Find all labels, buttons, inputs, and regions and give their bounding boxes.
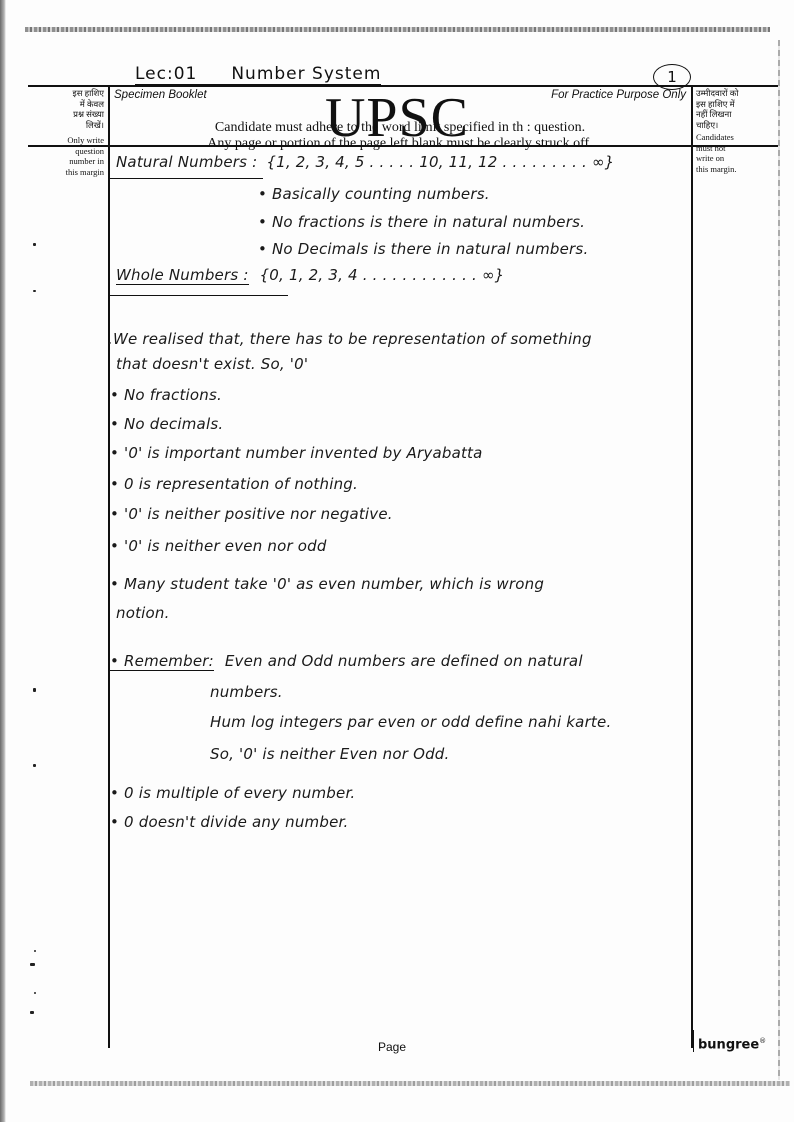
section-rule bbox=[108, 295, 288, 296]
lecture-topic: Number System bbox=[231, 64, 381, 84]
scan-speck bbox=[33, 688, 36, 692]
note-line: • No decimals. bbox=[110, 415, 223, 433]
brand-name: bungree bbox=[698, 1037, 759, 1052]
natural-set: {1, 2, 3, 4, 5 . . . . . 10, 11, 12 . . … bbox=[266, 153, 614, 171]
note-line: • 0 is representation of nothing. bbox=[110, 475, 358, 493]
margin-text: number in bbox=[30, 156, 104, 167]
note-line: • No fractions is there in natural numbe… bbox=[258, 213, 585, 231]
note-line: • 0 is multiple of every number. bbox=[110, 784, 355, 802]
whole-heading: Whole Numbers : bbox=[116, 266, 249, 285]
scan-speck bbox=[34, 992, 36, 994]
margin-text: this margin bbox=[30, 167, 104, 178]
lecture-code: Lec:01 bbox=[135, 64, 197, 84]
page-label: Page bbox=[378, 1040, 406, 1054]
note-line: • '0' is neither even nor odd bbox=[110, 537, 327, 555]
note-line: Hum log integers par even or odd define … bbox=[210, 713, 611, 731]
note-line: numbers. bbox=[210, 683, 283, 701]
note-line: • Basically counting numbers. bbox=[258, 185, 490, 203]
note-line: • No fractions. bbox=[110, 386, 222, 404]
note-line: So, '0' is neither Even nor Odd. bbox=[210, 745, 450, 763]
scan-speck bbox=[34, 950, 36, 952]
margin-text: write on bbox=[696, 153, 774, 164]
lecture-title: Lec:01Number System bbox=[135, 64, 381, 85]
remember-text: Even and Odd numbers are defined on natu… bbox=[225, 652, 583, 670]
scan-artifact-right bbox=[778, 40, 780, 1080]
note-line: • '0' is important number invented by Ar… bbox=[110, 444, 483, 462]
note-line: • 0 doesn't divide any number. bbox=[110, 813, 348, 831]
instructions: Candidate must adhere to the word limit … bbox=[110, 120, 690, 152]
note-line: • No Decimals is there in natural number… bbox=[258, 240, 588, 258]
scan-speck bbox=[30, 963, 35, 966]
scan-speck bbox=[33, 243, 36, 246]
scan-speck bbox=[30, 1011, 34, 1014]
instruction-line: Candidate must adhere to the word limit … bbox=[110, 120, 690, 136]
scan-artifact-top bbox=[25, 27, 770, 32]
scan-speck bbox=[33, 764, 36, 767]
whole-set: {0, 1, 2, 3, 4 . . . . . . . . . . . . ∞… bbox=[260, 266, 505, 284]
note-line: that doesn't exist. So, '0' bbox=[116, 355, 308, 373]
remember-line: • Remember: Even and Odd numbers are def… bbox=[110, 652, 583, 670]
scan-artifact-bottom bbox=[30, 1081, 790, 1086]
instruction-line: Any page or portion of the page left bla… bbox=[110, 136, 690, 152]
remember-label: • Remember: bbox=[110, 652, 214, 671]
margin-text: this margin. bbox=[696, 164, 774, 175]
natural-heading: Natural Numbers : bbox=[116, 153, 257, 171]
note-line: .We realised that, there has to be repre… bbox=[108, 330, 592, 348]
scan-speck bbox=[33, 290, 36, 292]
scan-edge bbox=[0, 0, 6, 1122]
note-line: • Many student take '0' as even number, … bbox=[110, 575, 544, 593]
note-line: • '0' is neither positive nor negative. bbox=[110, 505, 393, 523]
section-rule bbox=[108, 178, 263, 179]
whole-numbers-line: Whole Numbers : {0, 1, 2, 3, 4 . . . . .… bbox=[116, 266, 504, 284]
note-line: notion. bbox=[116, 604, 170, 622]
left-margin-rule bbox=[108, 85, 110, 1048]
registered-mark: ® bbox=[759, 1037, 766, 1045]
natural-numbers-line: Natural Numbers : {1, 2, 3, 4, 5 . . . .… bbox=[116, 153, 614, 171]
brand-logo: bungree® bbox=[693, 1030, 766, 1052]
right-margin-rule bbox=[691, 85, 693, 1048]
